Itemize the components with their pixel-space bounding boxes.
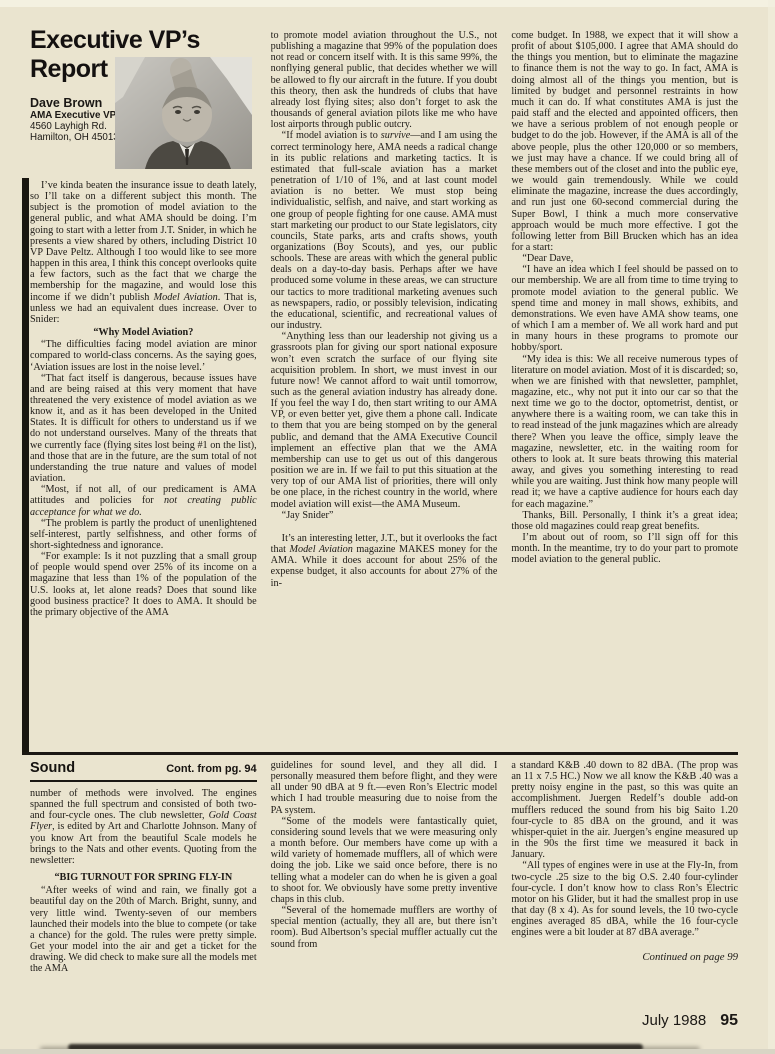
issue-date: July 1988 xyxy=(642,1012,706,1029)
sound-column-2: guidelines for sound level, and they all… xyxy=(271,760,498,1038)
paragraph: “Why Model Aviation? xyxy=(30,327,257,338)
scan-right-edge xyxy=(768,0,775,1054)
paragraph: “That fact itself is dangerous, because … xyxy=(30,373,257,485)
article-column-1-text: I’ve kinda beaten the insurance issue to… xyxy=(30,180,257,618)
sound-column-1-text: number of methods were involved. The eng… xyxy=(30,788,257,975)
scanned-magazine-page: { "page": { "title_line1": "Executive VP… xyxy=(0,0,775,1054)
paragraph: number of methods were involved. The eng… xyxy=(30,788,257,866)
page-number: 95 xyxy=(720,1012,738,1030)
paragraph: It’s an interesting letter, J.T., but it… xyxy=(271,533,498,589)
sound-column-3-text: a standard K&B .40 down to 82 dBA. (The … xyxy=(511,760,738,963)
scan-bottom-edge xyxy=(0,1049,775,1054)
paragraph: a standard K&B .40 down to 82 dBA. (The … xyxy=(511,760,738,860)
sound-column-1: Sound Cont. from pg. 94 number of method… xyxy=(30,760,257,1038)
sound-column-3: a standard K&B .40 down to 82 dBA. (The … xyxy=(511,760,738,1038)
paragraph: “For example: Is it not puzzling that a … xyxy=(30,551,257,618)
paragraph: Thanks, Bill. Personally, I think it’s a… xyxy=(511,510,738,532)
sound-section: Sound Cont. from pg. 94 number of method… xyxy=(30,760,738,1038)
sound-column-2-text: guidelines for sound level, and they all… xyxy=(271,760,498,950)
paragraph: Continued on page 99 xyxy=(511,952,738,963)
article-column-3-text: come budget. In 1988, we expect that it … xyxy=(511,30,738,566)
paragraph: “I have an idea which I feel should be p… xyxy=(511,264,738,353)
column-rule-bar xyxy=(22,178,29,752)
article-column-3: come budget. In 1988, we expect that it … xyxy=(511,30,738,746)
article-column-2-text: to promote model aviation throughout the… xyxy=(271,30,498,589)
paragraph: “Anything less than our leadership not g… xyxy=(271,331,498,510)
paragraph: “All types of engines were in use at the… xyxy=(511,860,738,938)
paragraph: “Some of the models were fantastically q… xyxy=(271,816,498,905)
article-column-2: to promote model aviation throughout the… xyxy=(271,30,498,746)
scan-top-edge xyxy=(0,0,775,7)
paragraph: guidelines for sound level, and they all… xyxy=(271,760,498,816)
paragraph: I’ve kinda beaten the insurance issue to… xyxy=(30,180,257,325)
paragraph: “BIG TURNOUT FOR SPRING FLY-IN xyxy=(30,872,257,883)
sound-heading: Sound xyxy=(30,760,75,776)
paragraph: “Most, if not all, of our predicament is… xyxy=(30,484,257,517)
paragraph: “The difficulties facing model aviation … xyxy=(30,339,257,372)
paragraph: “Dear Dave, xyxy=(511,253,738,264)
main-article: I’ve kinda beaten the insurance issue to… xyxy=(30,30,738,746)
paragraph: “Several of the homemade mufflers are wo… xyxy=(271,905,498,950)
paragraph: “My idea is this: We all receive numerou… xyxy=(511,354,738,510)
paragraph: to promote model aviation throughout the… xyxy=(271,30,498,130)
paragraph: come budget. In 1988, we expect that it … xyxy=(511,30,738,253)
magazine-page: Executive VP’s Report Dave Brown AMA Exe… xyxy=(0,0,775,1054)
paragraph: “After weeks of wind and rain, we finall… xyxy=(30,885,257,974)
paragraph: “If model aviation is to survive—and I a… xyxy=(271,130,498,331)
paragraph: “Jay Snider” xyxy=(271,510,498,521)
article-column-1: I’ve kinda beaten the insurance issue to… xyxy=(30,30,257,746)
sound-section-header: Sound Cont. from pg. 94 xyxy=(30,760,257,782)
page-footer: July 1988 95 xyxy=(642,1012,738,1030)
paragraph: I’m about out of room, so I’ll sign off … xyxy=(511,532,738,565)
section-divider-rule xyxy=(22,752,738,755)
paragraph: “The problem is partly the product of un… xyxy=(30,518,257,551)
continued-from-label: Cont. from pg. 94 xyxy=(166,763,256,775)
